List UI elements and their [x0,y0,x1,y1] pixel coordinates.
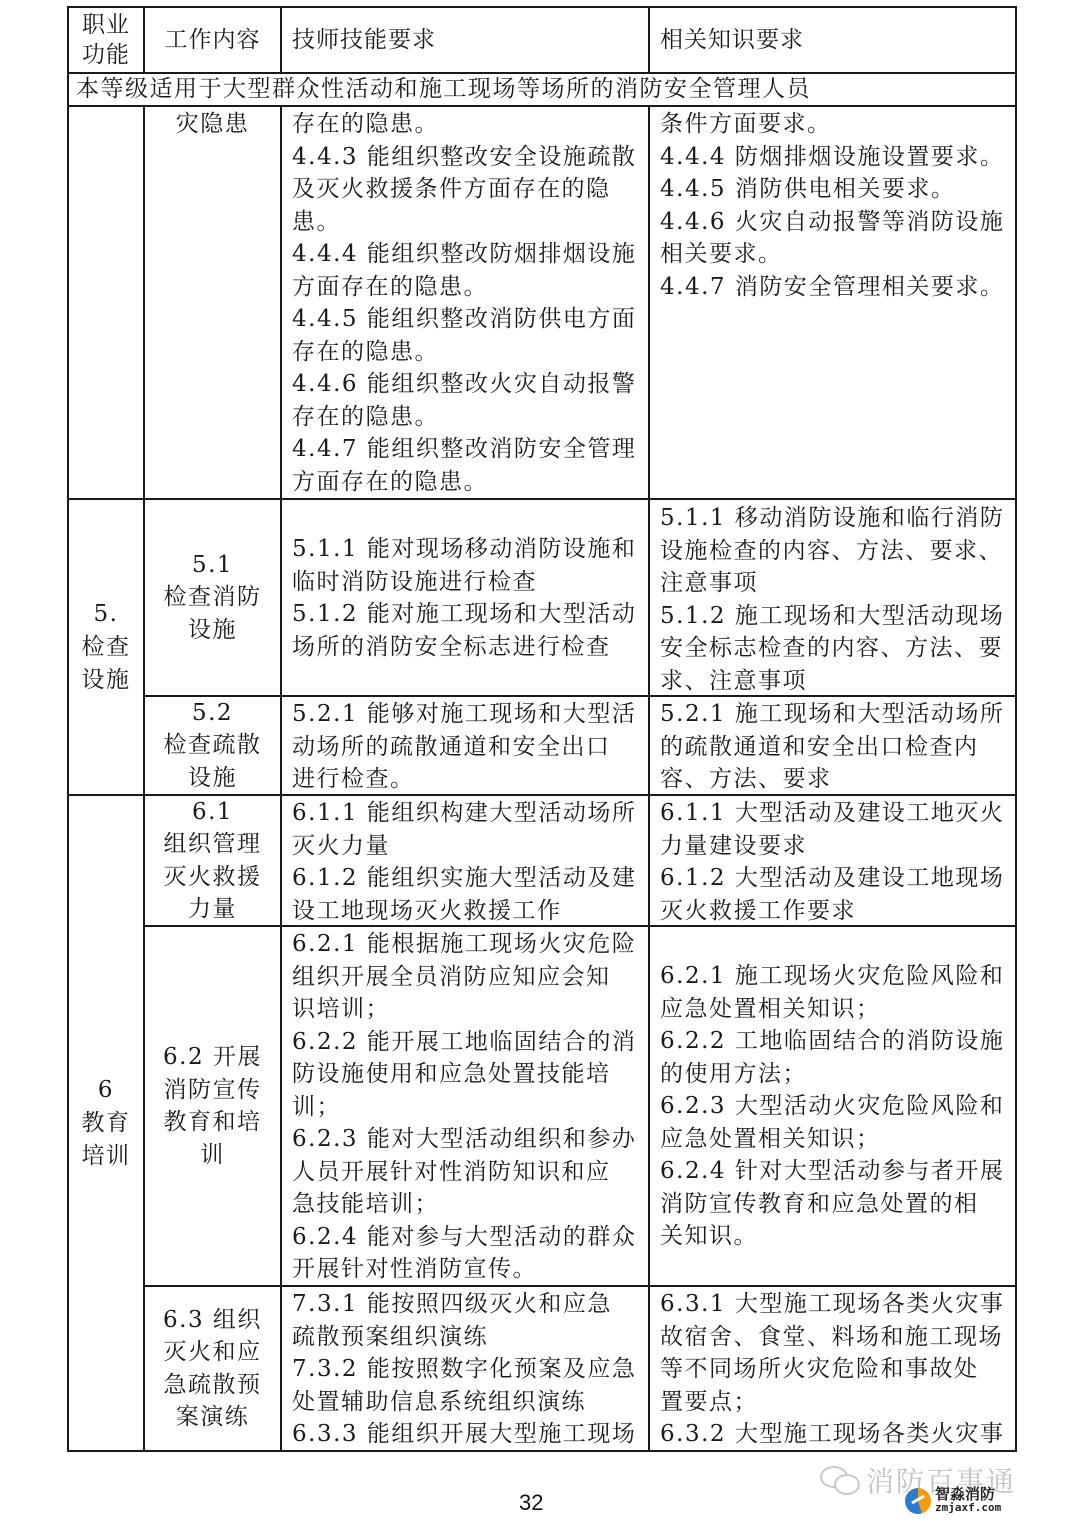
row-6-3-work-content: 6.3 组织 灭火和应 急疏散预 案演练 [145,1287,280,1450]
row-5-2-skills: 5.2.1 能够对施工现场和大型活 动场所的疏散通道和安全出口 进行检查。 [292,698,644,796]
rule-col3-body [648,105,650,1452]
row-4-4-knowledge: 条件方面要求。 4.4.4 防烟排烟设施设置要求。 4.4.5 消防供电相关要求… [660,108,1012,303]
row-6-2-skills: 6.2.1 能根据施工现场火灾危险 组织开展全员消防应知应会知 识培训； 6.2… [292,928,644,1286]
row-4-4-skills: 存在的隐患。 4.4.3 能组织整改安全设施疏散 及灭火救援条件方面存在的隐 患… [292,108,644,498]
header-skills: 技师技能要求 [292,8,642,72]
row-5-1-skills: 5.1.1 能对现场移动消防设施和 临时消防设施进行检查 5.1.2 能对施工现… [292,533,644,663]
document-page: 职业 功能 工作内容 技师技能要求 相关知识要求 本等级适用于大型群众性活动和施… [0,0,1080,1525]
function-6-education-training: 6 教育 培训 [69,796,143,1450]
row-6-1-skills: 6.1.1 能组织构建大型活动场所 灭火力量 6.1.2 能组织实施大型活动及建… [292,797,644,927]
rule-right [1015,6,1017,1452]
header-function: 职业 功能 [69,8,143,72]
rule-note-bottom [67,105,1017,107]
row-6-1-work-content: 6.1 组织管理 灭火救援 力量 [145,796,280,925]
row-5-1-knowledge: 5.1.1 移动消防设施和临行消防 设施检查的内容、方法、要求、 注意事项 5.… [660,502,1012,697]
brand-logo-icon [905,1488,931,1514]
row-6-2-work-content: 6.2 开展 消防宣传 教育和培 训 [145,927,280,1285]
row-5-1-work-content: 5.1 检查消防 设施 [145,500,280,695]
row-5-2-work-content: 5.2 检查疏散 设施 [145,697,280,794]
wechat-icon [820,1464,860,1496]
brand-url: zmjaxf.com [935,1501,1001,1515]
row-6-2-knowledge: 6.2.1 施工现场火灾危险风险和 应急处置相关知识； 6.2.2 工地临固结合… [660,960,1012,1253]
scope-note: 本等级适用于大型群众性活动和施工现场等场所的消防安全管理人员 [76,74,1006,105]
rule-col3 [648,6,650,74]
header-work-content: 工作内容 [145,8,280,72]
page-number: 32 [519,1490,543,1516]
rule-col2 [280,6,282,74]
row-4-4-work-content: 灾隐患 [145,108,280,141]
row-6-1-knowledge: 6.1.1 大型活动及建设工地灭火 力量建设要求 6.1.2 大型活动及建设工地… [660,797,1012,927]
function-5-check-facilities: 5. 检查 设施 [69,500,143,794]
rule-col2-body [280,105,282,1452]
row-5-2-knowledge: 5.2.1 施工现场和大型活动场所 的疏散通道和安全出口检查内 容、方法、要求 [660,698,1012,796]
row-6-3-knowledge: 6.3.1 大型施工现场各类火灾事 故宿舍、食堂、料场和施工现场 等不同场所火灾… [660,1288,1012,1451]
row-6-3-skills: 7.3.1 能按照四级灭火和应急 疏散预案组织演练 7.3.2 能按照数字化预案… [292,1288,644,1451]
header-knowledge: 相关知识要求 [660,8,1010,72]
watermark-brand: 智淼消防 zmjaxf.com [905,1487,1001,1515]
brand-name: 智淼消防 [935,1487,1001,1501]
